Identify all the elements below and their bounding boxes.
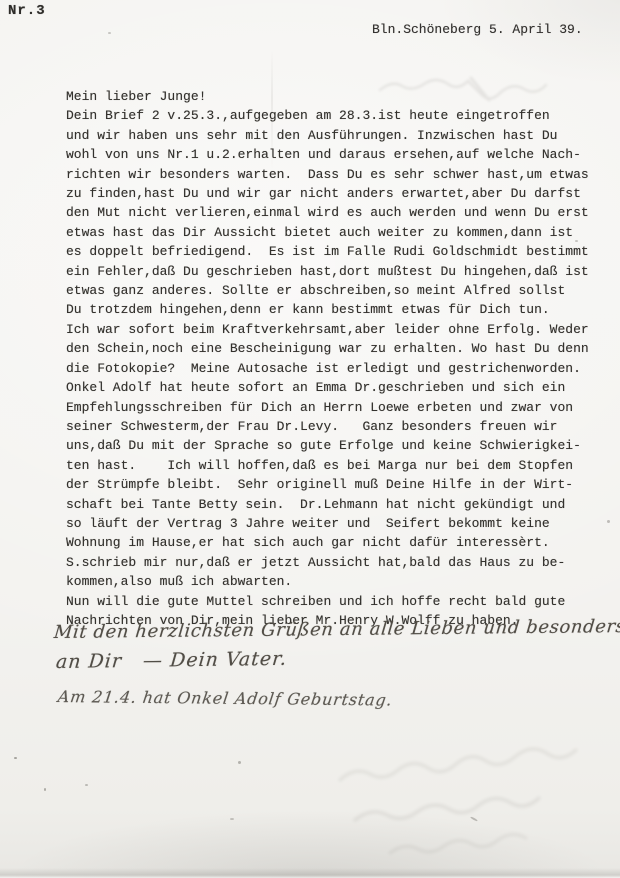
letter-paragraphs: Dein Brief 2 v.25.3.,aufgegeben am 28.3.… bbox=[66, 106, 606, 630]
typed-line: ein Fehler,daß Du geschrieben hast,dort … bbox=[66, 262, 606, 281]
typed-line: den Mut nicht verlieren,einmal wird es a… bbox=[66, 203, 606, 222]
typed-line: schaft bei Tante Betty sein. Dr.Lehmann … bbox=[66, 495, 606, 514]
typed-line: der Strümpfe bleibt. Sehr originell muß … bbox=[66, 475, 606, 494]
typed-line: richten wir besonders warten. Dass Du es… bbox=[66, 165, 606, 184]
letter-body: Mein lieber Junge! Dein Brief 2 v.25.3.,… bbox=[66, 87, 606, 630]
paper-speck bbox=[108, 32, 111, 34]
scan-bottom-shadow bbox=[0, 868, 620, 878]
typed-line: es doppelt befriedigend. Es ist im Falle… bbox=[66, 242, 606, 261]
paper-speck bbox=[238, 761, 241, 764]
typed-line: seiner Schwesterm,der Frau Dr.Levy. Ganz… bbox=[66, 417, 606, 436]
typed-line: etwas ganz anderes. Sollte er abschreibe… bbox=[66, 281, 606, 300]
typed-line: zu finden,hast Du und wir gar nicht ande… bbox=[66, 184, 606, 203]
typed-line: kommen,also muß ich abwarten. bbox=[66, 572, 606, 591]
handwritten-signature: an Dir — Dein Vater. bbox=[55, 648, 288, 673]
typed-line: wohl von uns Nr.1 u.2.erhalten und darau… bbox=[66, 145, 606, 164]
typed-line: so läuft der Vertrag 3 Jahre weiter und … bbox=[66, 514, 606, 533]
typed-line: Dein Brief 2 v.25.3.,aufgegeben am 28.3.… bbox=[66, 106, 606, 125]
typed-line: die Fotokopie? Meine Autosache ist erled… bbox=[66, 359, 606, 378]
typed-line: Empfehlungsschreiben für Dich an Herrn L… bbox=[66, 398, 606, 417]
typed-line: Nun will die gute Muttel schreiben und i… bbox=[66, 592, 606, 611]
typed-line: Wohnung im Hause,er hat sich auch gar ni… bbox=[66, 533, 606, 552]
typed-line: etwas hast das Dir Aussicht bietet auch … bbox=[66, 223, 606, 242]
typed-line: ten hast. Ich will hoffen,daß es bei Mar… bbox=[66, 456, 606, 475]
typed-line: und wir haben uns sehr mit den Ausführun… bbox=[66, 126, 606, 145]
paper-speck bbox=[470, 816, 478, 822]
paper-speck bbox=[14, 757, 17, 759]
letter-page: Nr.3 Bln.Schöneberg 5. April 39. Mein li… bbox=[0, 0, 620, 878]
dateline: Bln.Schöneberg 5. April 39. bbox=[372, 21, 583, 39]
typed-line: Ich war sofort beim Kraftverkehrsamt,abe… bbox=[66, 320, 606, 339]
typed-line: S.schrieb mir nur,daß er jetzt Aussicht … bbox=[66, 553, 606, 572]
paper-speck bbox=[44, 788, 46, 791]
paper-speck bbox=[85, 784, 88, 786]
typed-line: Du trotzdem hingehen,denn er kann bestim… bbox=[66, 300, 606, 319]
typed-line: den Schein,noch eine Bescheinigung war z… bbox=[66, 339, 606, 358]
typed-line: Onkel Adolf hat heute sofort an Emma Dr.… bbox=[66, 378, 606, 397]
paper-speck bbox=[230, 818, 234, 820]
page-number-label: Nr.3 bbox=[8, 2, 46, 20]
ink-bleedthrough-bottom-icon bbox=[330, 735, 615, 870]
paper-speck bbox=[607, 520, 610, 523]
handwritten-postscript: Am 21.4. hat Onkel Adolf Geburtstag. bbox=[57, 687, 394, 709]
salutation: Mein lieber Junge! bbox=[66, 87, 606, 106]
typed-line: uns,daß Du mit der Sprache so gute Erfol… bbox=[66, 436, 606, 455]
